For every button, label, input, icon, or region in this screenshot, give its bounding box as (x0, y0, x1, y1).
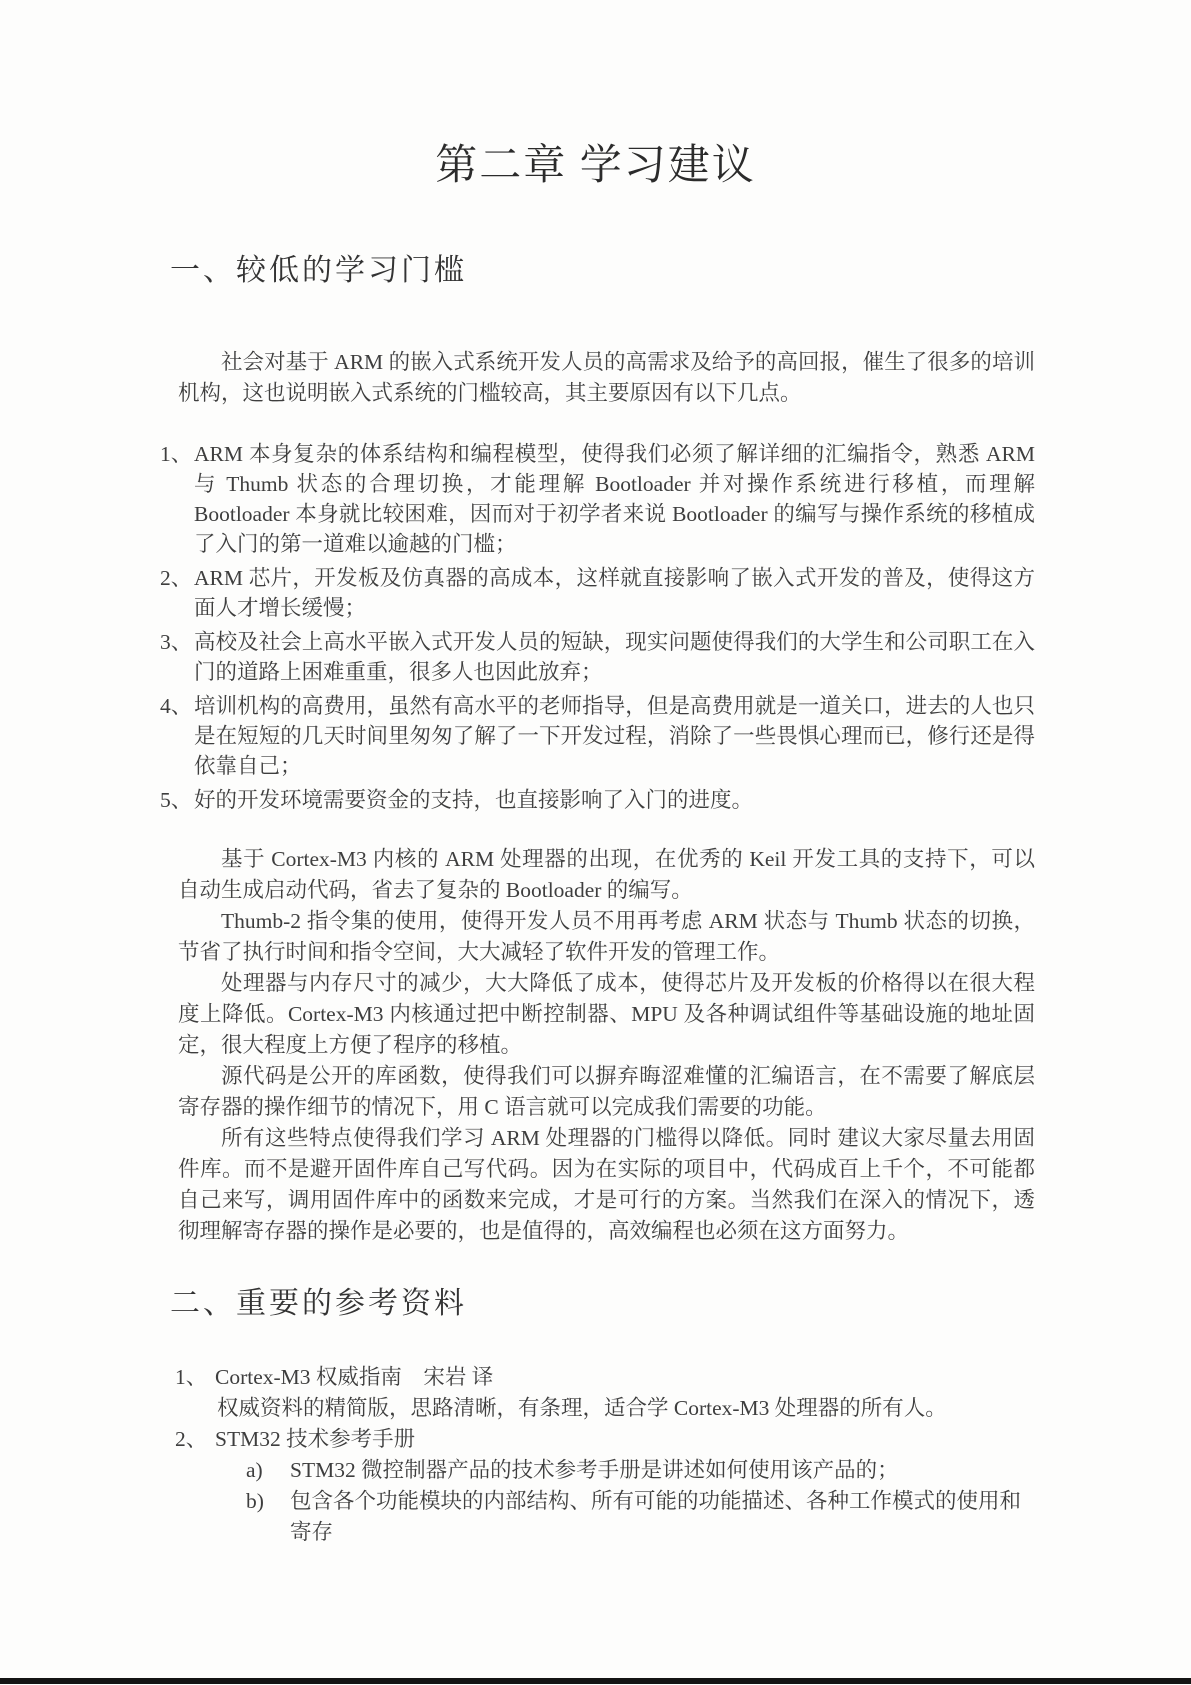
list-marker: 1、 (160, 439, 194, 559)
list-marker: 2、 (160, 563, 194, 623)
section-heading-2: 二、重要的参考资料 (170, 1284, 1035, 1323)
list-marker: 4、 (160, 691, 194, 781)
body-paragraphs: 基于 Cortex-M3 内核的 ARM 处理器的出现，在优秀的 Keil 开发… (178, 844, 1035, 1247)
section-heading-1: 一、较低的学习门槛 (170, 251, 1035, 290)
paragraph: 处理器与内存尺寸的减少，大大降低了成本，使得芯片及开发板的价格得以在很大程度上降… (178, 968, 1035, 1061)
list-item: 5、 好的开发环境需要资金的支持，也直接影响了入门的进度。 (160, 785, 1035, 815)
list-item: 4、 培训机构的高费用，虽然有高水平的老师指导，但是高费用就是一道关口，进去的人… (160, 691, 1035, 781)
list-marker: 2、 (175, 1424, 215, 1455)
list-marker: 5、 (160, 785, 194, 815)
reference-list: 1、 Cortex-M3 权威指南 宋岩 译 权威资料的精简版，思路清晰，有条理… (175, 1362, 1035, 1548)
numbered-list: 1、 ARM 本身复杂的体系结构和编程模型，使得我们必须了解详细的汇编指令，熟悉… (160, 439, 1035, 815)
document-page: 第二章 学习建议 一、较低的学习门槛 社会对基于 ARM 的嵌入式系统开发人员的… (0, 0, 1191, 1685)
document-content: 一、较低的学习门槛 社会对基于 ARM 的嵌入式系统开发人员的高需求及给予的高回… (178, 251, 1035, 1548)
reference-subitem-text: 包含各个功能模块的内部结构、所有可能的功能描述、各种工作模式的使用和寄存 (290, 1486, 1035, 1548)
reference-subitem: b) 包含各个功能模块的内部结构、所有可能的功能描述、各种工作模式的使用和寄存 (175, 1486, 1035, 1548)
reference-title: Cortex-M3 权威指南 宋岩 译 (215, 1362, 1035, 1393)
reference-item: 1、 Cortex-M3 权威指南 宋岩 译 权威资料的精简版，思路清晰，有条理… (175, 1362, 1035, 1424)
page-bottom-edge-bar (0, 1678, 1191, 1684)
reference-item: 2、 STM32 技术参考手册 a) STM32 微控制器产品的技术参考手册是讲… (175, 1424, 1035, 1548)
paragraph: 基于 Cortex-M3 内核的 ARM 处理器的出现，在优秀的 Keil 开发… (178, 844, 1035, 906)
list-marker: a) (246, 1455, 290, 1486)
intro-paragraph: 社会对基于 ARM 的嵌入式系统开发人员的高需求及给予的高回报，催生了很多的培训… (178, 347, 1035, 409)
page-title: 第二章 学习建议 (0, 0, 1191, 193)
reference-title: STM32 技术参考手册 (215, 1424, 1035, 1455)
reference-subitem: a) STM32 微控制器产品的技术参考手册是讲述如何使用该产品的； (175, 1455, 1035, 1486)
list-item-text: 培训机构的高费用，虽然有高水平的老师指导，但是高费用就是一道关口，进去的人也只是… (194, 691, 1035, 781)
list-marker: 1、 (175, 1362, 215, 1393)
list-marker: b) (246, 1486, 290, 1548)
list-item-text: 好的开发环境需要资金的支持，也直接影响了入门的进度。 (194, 785, 1035, 815)
list-item: 3、 高校及社会上高水平嵌入式开发人员的短缺，现实问题使得我们的大学生和公司职工… (160, 627, 1035, 687)
paragraph: 所有这些特点使得我们学习 ARM 处理器的门槛得以降低。同时 建议大家尽量去用固… (178, 1123, 1035, 1247)
reference-subitem-text: STM32 微控制器产品的技术参考手册是讲述如何使用该产品的； (290, 1455, 1035, 1486)
paragraph: Thumb-2 指令集的使用，使得开发人员不用再考虑 ARM 状态与 Thumb… (178, 906, 1035, 968)
reference-note: 权威资料的精简版，思路清晰，有条理，适合学 Cortex-M3 处理器的所有人。 (175, 1393, 1035, 1424)
list-item: 2、 ARM 芯片，开发板及仿真器的高成本，这样就直接影响了嵌入式开发的普及，使… (160, 563, 1035, 623)
list-item-text: ARM 本身复杂的体系结构和编程模型，使得我们必须了解详细的汇编指令，熟悉 AR… (194, 439, 1035, 559)
list-item-text: ARM 芯片，开发板及仿真器的高成本，这样就直接影响了嵌入式开发的普及，使得这方… (194, 563, 1035, 623)
list-item-text: 高校及社会上高水平嵌入式开发人员的短缺，现实问题使得我们的大学生和公司职工在入门… (194, 627, 1035, 687)
list-item: 1、 ARM 本身复杂的体系结构和编程模型，使得我们必须了解详细的汇编指令，熟悉… (160, 439, 1035, 559)
paragraph: 源代码是公开的库函数，使得我们可以摒弃晦涩难懂的汇编语言，在不需要了解底层寄存器… (178, 1061, 1035, 1123)
list-marker: 3、 (160, 627, 194, 687)
